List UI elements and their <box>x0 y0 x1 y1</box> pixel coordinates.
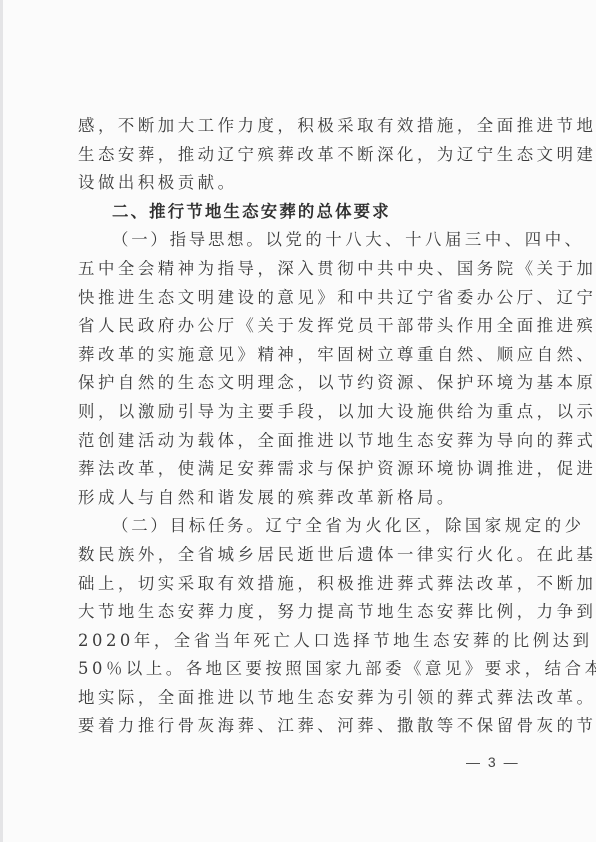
page-number: — 3 — <box>466 754 520 770</box>
paragraph-target-tasks-first-line: （二）目标任务。辽宁全省为火化区，除国家规定的少 <box>78 512 530 541</box>
scan-page-edge <box>0 0 3 842</box>
body-line: 省人民政府办公厅《关于发挥党员干部带头作用全面推进殡 <box>78 312 530 341</box>
body-text: 以党的十八大、十八届三中、四中、 <box>266 230 585 249</box>
body-line: 要着力推行骨灰海葬、江葬、河葬、撒散等不保留骨灰的节 <box>78 712 530 741</box>
body-line: 形成人与自然和谐发展的殡葬改革新格局。 <box>78 484 530 513</box>
body-line: 范创建活动为载体，全面推进以节地生态安葬为导向的葬式 <box>78 427 530 456</box>
body-line: 础上，切实采取有效措施，积极推进葬式葬法改革，不断加 <box>78 570 530 599</box>
body-line: 快推进生态文明建设的意见》和中共辽宁省委办公厅、辽宁 <box>78 284 530 313</box>
body-line: 葬法改革，使满足安葬需求与保护资源环境协调推进，促进 <box>78 455 530 484</box>
subsection-lead: （二）目标任务。 <box>112 516 266 535</box>
body-line: 地实际，全面推进以节地生态安葬为引领的葬式葬法改革。 <box>78 684 530 713</box>
body-line: 设做出积极贡献。 <box>78 169 530 198</box>
body-line: 葬改革的实施意见》精神，牢固树立尊重自然、顺应自然、 <box>78 341 530 370</box>
body-line: 感，不断加大工作力度，积极采取有效措施，全面推进节地 <box>78 112 530 141</box>
section-heading: 二、推行节地生态安葬的总体要求 <box>78 198 530 227</box>
body-line: 五中全会精神为指导，深入贯彻中共中央、国务院《关于加 <box>78 255 530 284</box>
body-line: 生态安葬，推动辽宁殡葬改革不断深化，为辽宁生态文明建 <box>78 141 530 170</box>
body-line: 保护自然的生态文明理念，以节约资源、保护环境为基本原 <box>78 369 530 398</box>
paragraph-guiding-ideology-first-line: （一）指导思想。以党的十八大、十八届三中、四中、 <box>78 226 530 255</box>
body-line: 则，以激励引导为主要手段，以加大设施供给为重点，以示 <box>78 398 530 427</box>
body-line: 2020年，全省当年死亡人口选择节地生态安葬的比例达到 <box>78 627 530 656</box>
document-body: 感，不断加大工作力度，积极采取有效措施，全面推进节地 生态安葬，推动辽宁殡葬改革… <box>78 112 530 741</box>
body-line: 50％以上。各地区要按照国家九部委《意见》要求，结合本 <box>78 655 530 684</box>
subsection-lead: （一）指导思想。 <box>112 230 266 249</box>
body-text: 辽宁全省为火化区，除国家规定的少 <box>266 516 585 535</box>
body-line: 大节地生态安葬力度，努力提高节地生态安葬比例，力争到 <box>78 598 530 627</box>
body-line: 数民族外，全省城乡居民逝世后遗体一律实行火化。在此基 <box>78 541 530 570</box>
